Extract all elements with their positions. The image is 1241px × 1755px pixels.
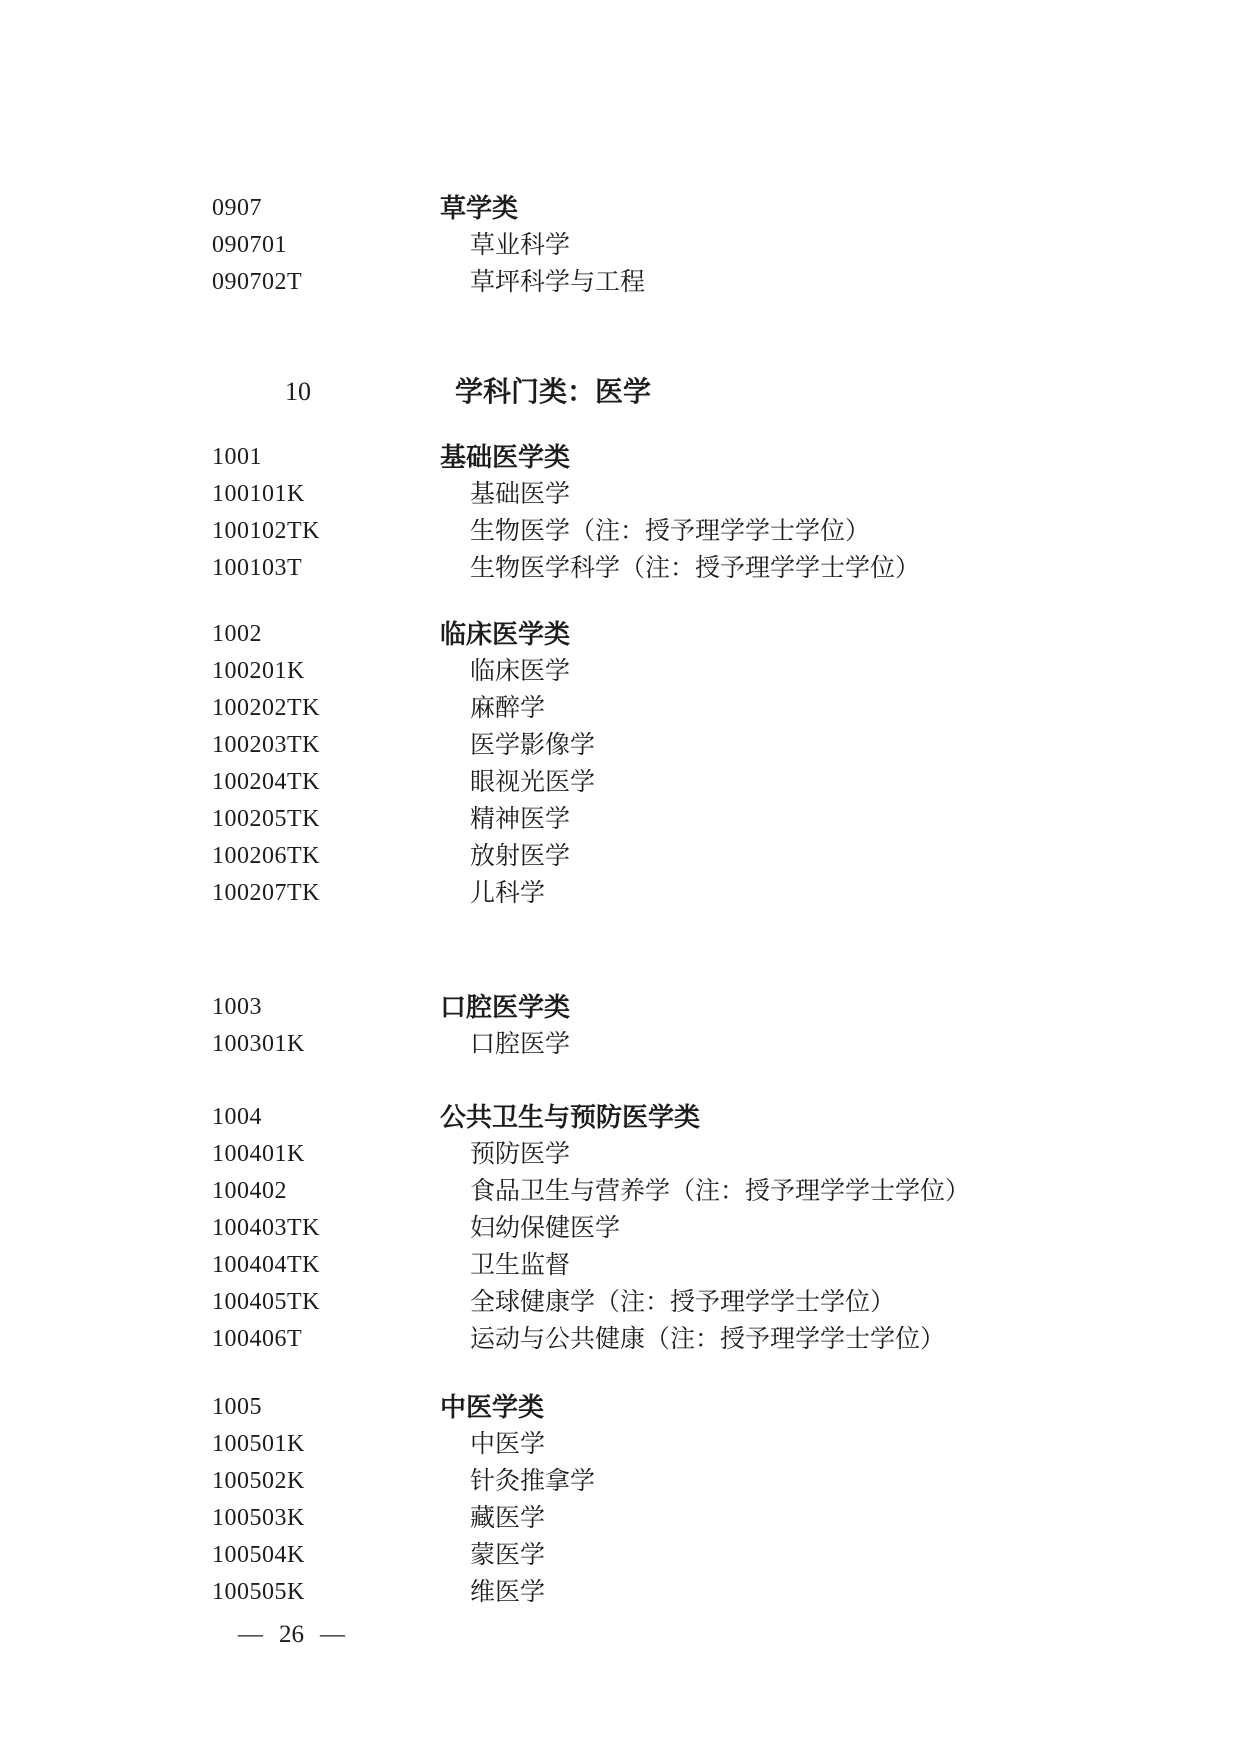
discipline-group: 1002 临床医学类 100201K 临床医学 100202TK 麻醉学 100… bbox=[212, 616, 1201, 912]
major-code: 100205TK bbox=[212, 801, 320, 838]
major-name: 草坪科学与工程 bbox=[470, 264, 645, 301]
major-code: 100103T bbox=[212, 550, 302, 587]
major-row: 100205TK 精神医学 bbox=[212, 801, 1201, 838]
major-code: 100401K bbox=[212, 1136, 305, 1173]
major-row: 100201K 临床医学 bbox=[212, 653, 1201, 690]
major-name: 临床医学 bbox=[470, 653, 570, 690]
major-row: 100203TK 医学影像学 bbox=[212, 727, 1201, 764]
discipline-group: 1005 中医学类 100501K 中医学 100502K 针灸推拿学 1005… bbox=[212, 1389, 1201, 1611]
major-code: 100202TK bbox=[212, 690, 320, 727]
major-name: 生物医学科学（注：授予理学学士学位） bbox=[470, 550, 920, 587]
discipline-group: 1004 公共卫生与预防医学类 100401K 预防医学 100402 食品卫生… bbox=[212, 1099, 1201, 1358]
major-name: 蒙医学 bbox=[470, 1537, 545, 1574]
major-code: 100503K bbox=[212, 1500, 305, 1537]
major-code: 100102TK bbox=[212, 513, 320, 550]
group-header-row: 1002 临床医学类 bbox=[212, 616, 1201, 653]
major-name: 妇幼保健医学 bbox=[470, 1210, 620, 1247]
group-header-row: 1005 中医学类 bbox=[212, 1389, 1201, 1426]
major-code: 090701 bbox=[212, 227, 287, 264]
major-name: 儿科学 bbox=[470, 875, 545, 912]
major-code: 100101K bbox=[212, 476, 305, 513]
group-header-row: 1003 口腔医学类 bbox=[212, 989, 1201, 1026]
group-code: 1001 bbox=[212, 439, 262, 476]
group-name: 基础医学类 bbox=[440, 439, 570, 476]
footer-left-dash: — bbox=[238, 1620, 263, 1650]
major-name: 食品卫生与营养学（注：授予理学学士学位） bbox=[470, 1173, 970, 1210]
group-header-row: 1004 公共卫生与预防医学类 bbox=[212, 1099, 1201, 1136]
major-name: 基础医学 bbox=[470, 476, 570, 513]
major-row: 100503K 藏医学 bbox=[212, 1500, 1201, 1537]
major-row: 100504K 蒙医学 bbox=[212, 1537, 1201, 1574]
group-name: 口腔医学类 bbox=[440, 989, 570, 1026]
major-name: 麻醉学 bbox=[470, 690, 545, 727]
major-name: 预防医学 bbox=[470, 1136, 570, 1173]
major-code: 100206TK bbox=[212, 838, 320, 875]
section-number: 10 bbox=[285, 372, 311, 412]
major-name: 维医学 bbox=[470, 1574, 545, 1611]
major-row: 100402 食品卫生与营养学（注：授予理学学士学位） bbox=[212, 1173, 1201, 1210]
major-row: 100207TK 儿科学 bbox=[212, 875, 1201, 912]
major-row: 100403TK 妇幼保健医学 bbox=[212, 1210, 1201, 1247]
major-name: 运动与公共健康（注：授予理学学士学位） bbox=[470, 1321, 945, 1358]
discipline-groups: 1001 基础医学类 100101K 基础医学 100102TK 生物医学（注：… bbox=[212, 439, 1201, 1611]
major-row: 100404TK 卫生监督 bbox=[212, 1247, 1201, 1284]
major-code: 100404TK bbox=[212, 1247, 320, 1284]
major-row: 100505K 维医学 bbox=[212, 1574, 1201, 1611]
major-code: 100502K bbox=[212, 1463, 305, 1500]
major-row: 090702T 草坪科学与工程 bbox=[212, 264, 1201, 301]
major-row: 100406T 运动与公共健康（注：授予理学学士学位） bbox=[212, 1321, 1201, 1358]
major-name: 生物医学（注：授予理学学士学位） bbox=[470, 513, 870, 550]
group-name: 中医学类 bbox=[440, 1389, 544, 1426]
section-header: 10 学科门类：医学 bbox=[212, 372, 1201, 412]
carryover-group-container: 0907 草学类 090701 草业科学 090702T 草坪科学与工程 bbox=[212, 190, 1201, 301]
major-name: 藏医学 bbox=[470, 1500, 545, 1537]
major-row: 100202TK 麻醉学 bbox=[212, 690, 1201, 727]
major-name: 放射医学 bbox=[470, 838, 570, 875]
group-header-row: 1001 基础医学类 bbox=[212, 439, 1201, 476]
major-code: 090702T bbox=[212, 264, 302, 301]
major-name: 医学影像学 bbox=[470, 727, 595, 764]
major-row: 100204TK 眼视光医学 bbox=[212, 764, 1201, 801]
major-name: 草业科学 bbox=[470, 227, 570, 264]
major-name: 口腔医学 bbox=[470, 1026, 570, 1063]
discipline-group: 0907 草学类 090701 草业科学 090702T 草坪科学与工程 bbox=[212, 190, 1201, 301]
major-code: 100504K bbox=[212, 1537, 305, 1574]
discipline-group: 1001 基础医学类 100101K 基础医学 100102TK 生物医学（注：… bbox=[212, 439, 1201, 587]
major-row: 100101K 基础医学 bbox=[212, 476, 1201, 513]
major-code: 100505K bbox=[212, 1574, 305, 1611]
page-footer: — 26 — bbox=[238, 1620, 345, 1650]
section-title: 学科门类：医学 bbox=[455, 372, 651, 412]
major-code: 100201K bbox=[212, 653, 305, 690]
major-code: 100501K bbox=[212, 1426, 305, 1463]
major-name: 全球健康学（注：授予理学学士学位） bbox=[470, 1284, 895, 1321]
major-row: 100501K 中医学 bbox=[212, 1426, 1201, 1463]
major-row: 100502K 针灸推拿学 bbox=[212, 1463, 1201, 1500]
major-row: 100103T 生物医学科学（注：授予理学学士学位） bbox=[212, 550, 1201, 587]
major-name: 卫生监督 bbox=[470, 1247, 570, 1284]
major-code: 100402 bbox=[212, 1173, 287, 1210]
major-code: 100301K bbox=[212, 1026, 305, 1063]
group-code: 0907 bbox=[212, 190, 262, 227]
major-name: 针灸推拿学 bbox=[470, 1463, 595, 1500]
group-code: 1003 bbox=[212, 989, 262, 1026]
major-code: 100207TK bbox=[212, 875, 320, 912]
footer-right-dash: — bbox=[320, 1620, 345, 1650]
major-code: 100403TK bbox=[212, 1210, 320, 1247]
major-code: 100203TK bbox=[212, 727, 320, 764]
major-code: 100204TK bbox=[212, 764, 320, 801]
group-code: 1002 bbox=[212, 616, 262, 653]
major-name: 中医学 bbox=[470, 1426, 545, 1463]
major-code: 100405TK bbox=[212, 1284, 320, 1321]
major-row: 100206TK 放射医学 bbox=[212, 838, 1201, 875]
major-code: 100406T bbox=[212, 1321, 302, 1358]
major-row: 100405TK 全球健康学（注：授予理学学士学位） bbox=[212, 1284, 1201, 1321]
major-name: 精神医学 bbox=[470, 801, 570, 838]
discipline-group: 1003 口腔医学类 100301K 口腔医学 bbox=[212, 989, 1201, 1063]
document-page: 0907 草学类 090701 草业科学 090702T 草坪科学与工程 10 … bbox=[0, 0, 1241, 1755]
major-row: 090701 草业科学 bbox=[212, 227, 1201, 264]
catalog-content: 0907 草学类 090701 草业科学 090702T 草坪科学与工程 10 … bbox=[212, 190, 1201, 1611]
group-name: 临床医学类 bbox=[440, 616, 570, 653]
group-code: 1004 bbox=[212, 1099, 262, 1136]
group-name: 草学类 bbox=[440, 190, 518, 227]
group-code: 1005 bbox=[212, 1389, 262, 1426]
page-number: 26 bbox=[279, 1620, 304, 1650]
group-name: 公共卫生与预防医学类 bbox=[440, 1099, 700, 1136]
group-header-row: 0907 草学类 bbox=[212, 190, 1201, 227]
major-row: 100301K 口腔医学 bbox=[212, 1026, 1201, 1063]
major-row: 100401K 预防医学 bbox=[212, 1136, 1201, 1173]
major-name: 眼视光医学 bbox=[470, 764, 595, 801]
major-row: 100102TK 生物医学（注：授予理学学士学位） bbox=[212, 513, 1201, 550]
